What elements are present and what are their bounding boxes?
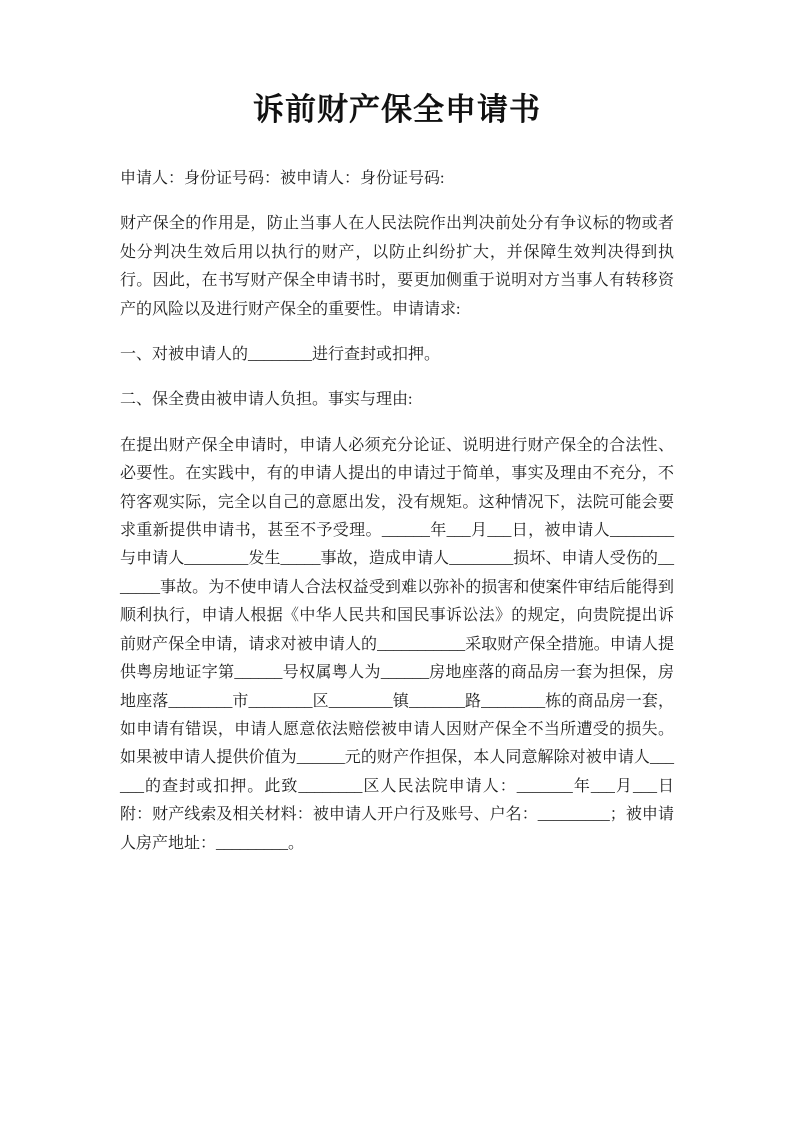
paragraph-purpose: 财产保全的作用是，防止当事人在人民法院作出判决前处分有争议标的物或者处分判决生效… (120, 210, 674, 324)
paragraph-request-item-2: 二、保全费由被申请人负担。事实与理由: (120, 386, 674, 414)
document-title: 诉前财产保全申请书 (120, 88, 674, 132)
paragraph-request-item-1: 一、对被申请人的________进行查封或扣押。 (120, 341, 674, 369)
paragraph-facts-and-reasons: 在提出财产保全申请时，申请人必须充分论证、说明进行财产保全的合法性、必要性。在实… (120, 432, 674, 858)
paragraph-parties: 申请人：身份证号码：被申请人：身份证号码: (120, 165, 674, 193)
document-page: 诉前财产保全申请书 申请人：身份证号码：被申请人：身份证号码: 财产保全的作用是… (0, 0, 793, 1122)
